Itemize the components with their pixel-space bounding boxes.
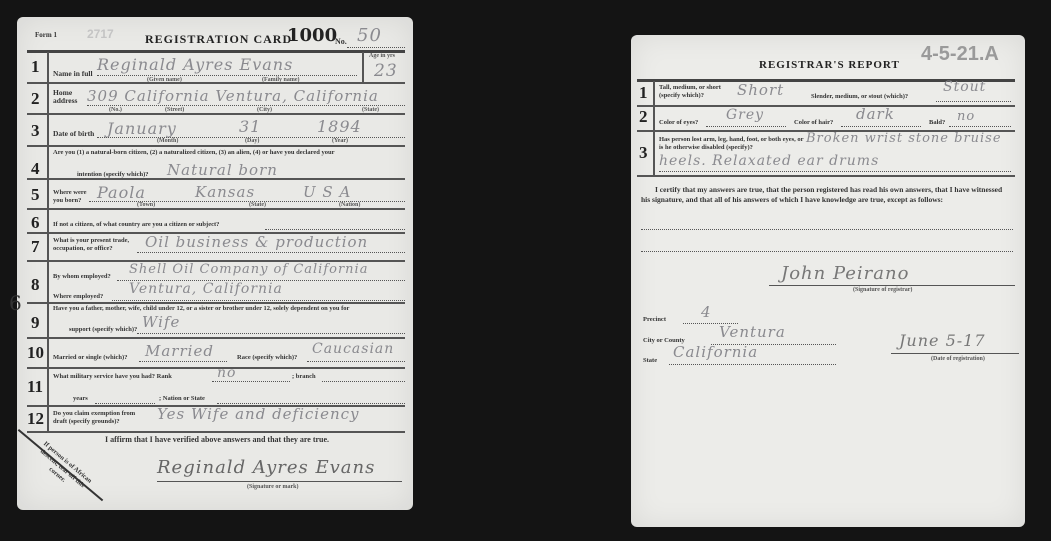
employer-value: Shell Oil Company of California <box>129 262 368 277</box>
row-number: 1 <box>31 57 40 77</box>
row-number: 8 <box>31 275 40 295</box>
registration-date-value: June 5-17 <box>899 331 986 350</box>
registration-date-caption: (Date of registration) <box>931 356 985 362</box>
employment-location-label: Where employed? <box>53 293 103 300</box>
build-label: Slender, medium, or stout (which)? <box>811 93 908 100</box>
row-divider <box>27 145 405 147</box>
birth-town: Paola <box>97 183 146 202</box>
registrar-signature-line <box>769 285 1015 286</box>
nation-or-state-line <box>217 403 405 404</box>
row-divider <box>27 337 405 339</box>
hair-color-value: dark <box>856 105 895 123</box>
bald-line <box>949 126 1011 127</box>
occupation-value: Oil business & production <box>145 233 368 251</box>
row-number: 1 <box>639 83 648 103</box>
years-line <box>95 403 155 404</box>
dependents-question: Have you a father, mother, wife, child u… <box>53 305 403 312</box>
tear-off-corner-note: If person is of African descent, tear of… <box>27 437 96 500</box>
caption-day: (Day) <box>245 138 259 144</box>
row-divider <box>637 105 1015 107</box>
exception-line-2 <box>641 251 1013 252</box>
address-line <box>87 105 405 106</box>
eye-color-line <box>706 126 786 127</box>
name-line <box>97 75 357 76</box>
top-rule <box>27 50 405 53</box>
occupation-line <box>137 252 405 253</box>
row-number: 6 <box>31 213 40 233</box>
no-label: No. <box>335 37 347 46</box>
signature-caption: (Signature or mark) <box>247 484 298 490</box>
citizenship-question: Are you (1) a natural-born citizen, (2) … <box>53 149 403 156</box>
dob-month: January <box>107 119 177 138</box>
state-value: California <box>673 343 758 361</box>
signature-line <box>157 481 402 482</box>
row-number: 11 <box>27 377 43 397</box>
nation-or-state-label: ; Nation or State <box>159 395 205 402</box>
dob-label: Date of birth <box>53 129 94 138</box>
address-label: Home address <box>53 89 81 105</box>
affirmation-text: I affirm that I have verified above answ… <box>105 435 329 444</box>
marital-status-value: Married <box>145 342 214 360</box>
row-divider <box>27 178 405 180</box>
card-number: 50 <box>357 25 382 46</box>
military-service-label: What military service have you had? Rank <box>53 373 172 380</box>
height-label: Tall, medium, or short (specify which)? <box>659 84 734 100</box>
registrar-signature-caption: (Signature of registrar) <box>853 287 912 293</box>
row-number: 2 <box>31 89 40 109</box>
bald-label: Bald? <box>929 119 945 126</box>
dob-day: 31 <box>239 117 261 136</box>
caption-month: (Month) <box>157 138 178 144</box>
race-label: Race (specify which)? <box>237 354 297 361</box>
row-divider <box>637 175 1015 177</box>
dob-year: 1894 <box>317 117 362 136</box>
citizenship-value: Natural born <box>167 161 278 179</box>
state-label: State <box>643 357 657 364</box>
occupation-label: What is your present trade, occupation, … <box>53 237 133 253</box>
registration-date-line <box>891 353 1019 354</box>
row-divider <box>27 113 405 115</box>
eye-color-value: Grey <box>726 107 764 123</box>
row-number: 3 <box>31 121 40 141</box>
precinct-label: Precinct <box>643 316 666 323</box>
race-line <box>307 361 405 362</box>
state-line <box>669 364 836 365</box>
row-number: 7 <box>31 237 40 257</box>
dependents-value: Wife <box>142 313 180 331</box>
age-label: Age in yrs <box>369 53 395 59</box>
branch-label: ; branch <box>292 373 316 380</box>
exemption-label: Do you claim exemption from draft (speci… <box>53 410 148 426</box>
row-divider <box>27 82 405 84</box>
registration-card: Form 1 2717 REGISTRATION CARD 1000 No. 5… <box>17 17 413 510</box>
row-number: 12 <box>27 409 44 429</box>
city-county-value: Ventura <box>719 323 786 341</box>
precinct-value: 4 <box>701 303 712 321</box>
disability-line <box>659 171 1011 172</box>
number-column-rule <box>653 81 655 175</box>
dependents-line <box>137 333 405 334</box>
row-number: 4 <box>31 159 40 179</box>
faint-serial: 2717 <box>87 27 114 41</box>
bald-value: no <box>957 109 975 124</box>
build-line <box>936 101 1011 102</box>
birth-state: Kansas <box>195 183 255 201</box>
certification-text: I certify that my answers are true, that… <box>641 185 1013 205</box>
row-number: 3 <box>639 143 648 163</box>
stamp-number: 1000 <box>287 25 337 46</box>
dependents-question-2: support (specify which)? <box>69 326 137 333</box>
row-number: 5 <box>31 185 40 205</box>
branch-line <box>322 381 405 382</box>
card-title: REGISTRATION CARD <box>145 32 292 47</box>
employment-location-value: Ventura, California <box>129 281 283 297</box>
rank-line <box>212 381 290 382</box>
build-value: Stout <box>943 79 986 95</box>
employer-label: By whom employed? <box>53 273 111 280</box>
row-number: 2 <box>639 107 648 127</box>
race-value: Caucasian <box>312 341 394 357</box>
disability-label: Has person lost arm, leg, hand, foot, or… <box>659 136 804 152</box>
registrar-signature: John Peirano <box>781 263 909 284</box>
foreign-citizenship-line <box>265 229 405 230</box>
row-divider <box>27 431 405 433</box>
age-value: 23 <box>374 61 398 81</box>
marital-status-label: Married or single (which)? <box>53 354 127 361</box>
row-divider <box>27 367 405 369</box>
citizenship-question-2: intention (specify which)? <box>77 171 149 178</box>
no-line <box>347 47 405 48</box>
address-value: 309 California Ventura, California <box>87 87 379 105</box>
exemption-value: Yes Wife and deficiency <box>157 405 360 423</box>
registrant-signature: Reginald Ayres Evans <box>157 457 375 478</box>
name-label: Name in full <box>53 69 93 78</box>
row-divider <box>27 302 405 304</box>
rank-value: no <box>217 365 236 381</box>
height-value: Short <box>737 81 784 99</box>
years-label: years <box>73 395 88 402</box>
number-column-rule <box>47 52 49 432</box>
hair-color-label: Color of hair? <box>794 119 833 126</box>
report-stamp: 4-5-21.A <box>921 43 999 66</box>
birth-nation: U S A <box>303 183 351 201</box>
name-value: Reginald Ayres Evans <box>97 55 293 74</box>
foreign-citizenship-label: If not a citizen, of what country are yo… <box>53 221 219 228</box>
disability-value: Broken wrist stone bruise <box>806 131 1002 146</box>
margin-mark: 6 <box>9 291 23 315</box>
row-number: 10 <box>27 343 44 363</box>
exception-line-1 <box>641 229 1013 230</box>
row-number: 9 <box>31 313 40 333</box>
birthplace-label: Where were you born? <box>53 189 89 205</box>
employment-location-line <box>112 300 405 301</box>
row-divider <box>27 208 405 210</box>
registrars-report-card: 4-5-21.A REGISTRAR'S REPORT 1 Tall, medi… <box>631 35 1025 527</box>
age-divider <box>362 52 364 82</box>
caption-year: (Year) <box>332 138 348 144</box>
hair-color-line <box>841 126 921 127</box>
eye-color-label: Color of eyes? <box>659 119 698 126</box>
report-title: REGISTRAR'S REPORT <box>759 59 900 71</box>
marital-status-line <box>139 361 227 362</box>
disability-value-continued: heels. Relaxated ear drums <box>659 153 879 169</box>
form-label: Form 1 <box>35 31 57 39</box>
